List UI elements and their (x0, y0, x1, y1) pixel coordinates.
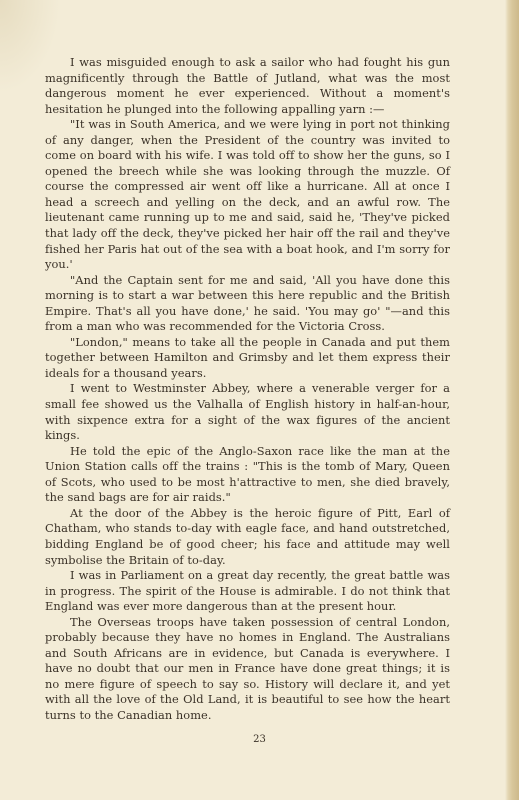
paragraph-captain: "And the Captain sent for me and said, '… (45, 273, 450, 335)
page-number: 23 (0, 734, 519, 745)
body-text: I was misguided enough to ask a sailor w… (45, 55, 450, 724)
paragraph-parliament: I was in Parliament on a great day recen… (45, 568, 450, 615)
paragraph-westminster: I went to Westminster Abbey, where a ven… (45, 381, 450, 443)
paragraph-south-america: "It was in South America, and we were ly… (45, 117, 450, 272)
paragraph-anglo-saxon: He told the epic of the Anglo-Saxon race… (45, 444, 450, 506)
paragraph-london: "London," means to take all the people i… (45, 335, 450, 382)
paragraph-overseas-troops: The Overseas troops have taken possessio… (45, 615, 450, 724)
paragraph-sailor-intro: I was misguided enough to ask a sailor w… (45, 55, 450, 117)
paragraph-pitt: At the door of the Abbey is the heroic f… (45, 506, 450, 568)
document-page: I was misguided enough to ask a sailor w… (0, 0, 519, 800)
